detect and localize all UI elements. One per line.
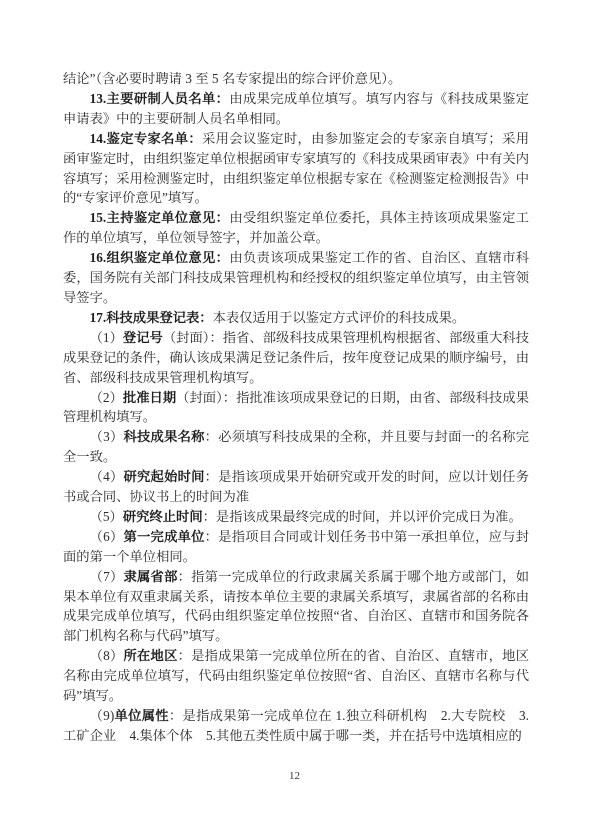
paragraph-12: （6）第一完成单位：是指项目合同或计划任务书中第一承担单位，应与封面的第一个单位…	[63, 527, 529, 567]
label-run: 研究终止时间	[123, 509, 203, 524]
paragraph-10: （4）研究起始时间：是指该项成果开始研究或开发的时间，应以计划任务书或合同、协议…	[63, 467, 529, 507]
text-run: （4）	[90, 469, 124, 484]
paragraph-3: 14.鉴定专家名单：采用会议鉴定时，由参加鉴定会的专家亲自填写；采用函审鉴定时，…	[63, 129, 529, 209]
text-run: （2）	[90, 390, 123, 405]
paragraph-1: 结论”（含必要时聘请 3 至 5 名专家提出的综合评价意见）。	[63, 69, 529, 89]
label-run: 登记号	[123, 330, 163, 345]
text-run: 结论”（含必要时聘请 3 至 5 名专家提出的综合评价意见）。	[63, 71, 401, 86]
text-run: （8）	[90, 648, 124, 663]
paragraph-15: （9)单位属性：是指成果第一完成单位在 1.独立科研机构 2.大专院校 3.工矿…	[63, 706, 529, 746]
document-body: 结论”（含必要时聘请 3 至 5 名专家提出的综合评价意见）。13.主要研制人员…	[63, 69, 529, 746]
document-page: 结论”（含必要时聘请 3 至 5 名专家提出的综合评价意见）。13.主要研制人员…	[0, 0, 589, 832]
label-run: 第一完成单位	[124, 529, 205, 544]
text-run: （1）	[90, 330, 123, 345]
text-run: （3）	[90, 429, 124, 444]
text-run: 本表仅适用于以鉴定方式评价的科技成果。	[213, 310, 466, 325]
paragraph-11: （5）研究终止时间：是指该成果最终完成的时间，并以评价完成日为准。	[63, 507, 529, 527]
label-run: 所在地区	[124, 648, 178, 663]
page-number: 12	[0, 770, 589, 782]
label-run: 13.主要研制人员名单：	[90, 91, 230, 106]
label-run: 14.鉴定专家名单：	[90, 131, 202, 146]
paragraph-8: （2）批准日期（封面）：指批准该项成果登记的日期，由省、部级科技成果管理机构填写…	[63, 388, 529, 428]
paragraph-13: （7）隶属省部：指第一完成单位的行政隶属关系属于哪个地方或部门，如果本单位有双重…	[63, 567, 529, 647]
label-run: 批准日期	[123, 390, 176, 405]
text-run: （7）	[90, 569, 124, 584]
text-run: （6）	[90, 529, 124, 544]
paragraph-2: 13.主要研制人员名单：由成果完成单位填写。填写内容与《科技成果鉴定申请表》中的…	[63, 89, 529, 129]
label-run: 17.科技成果登记表：	[90, 310, 213, 325]
paragraph-6: 17.科技成果登记表：本表仅适用于以鉴定方式评价的科技成果。	[63, 308, 529, 328]
text-run: （5）	[90, 509, 123, 524]
paragraph-4: 15.主持鉴定单位意见：由受组织鉴定单位委托，具体主持该项成果鉴定工作的单位填写…	[63, 208, 529, 248]
paragraph-14: （8）所在地区：是指成果第一完成单位所在的省、自治区、直辖市，地区名称由完成单位…	[63, 646, 529, 706]
paragraph-5: 16.组织鉴定单位意见：由负责该项成果鉴定工作的省、自治区、直辖市科委，国务院有…	[63, 248, 529, 308]
label-run: 单位属性	[114, 708, 169, 723]
paragraph-7: （1）登记号（封面）：指省、部级科技成果管理机构根据省、部级重大科技成果登记的条…	[63, 328, 529, 388]
label-run: 16.组织鉴定单位意见：	[90, 250, 230, 265]
text-run: ：是指该成果最终完成的时间，并以评价完成日为准。	[203, 509, 522, 524]
paragraph-9: （3）科技成果名称：必须填写科技成果的全称，并且要与封面一的名称完全一致。	[63, 427, 529, 467]
label-run: 科技成果名称	[124, 429, 205, 444]
label-run: 研究起始时间	[124, 469, 205, 484]
text-run: （9)	[90, 708, 115, 723]
label-run: 15.主持鉴定单位意见：	[90, 210, 230, 225]
label-run: 隶属省部	[124, 569, 178, 584]
